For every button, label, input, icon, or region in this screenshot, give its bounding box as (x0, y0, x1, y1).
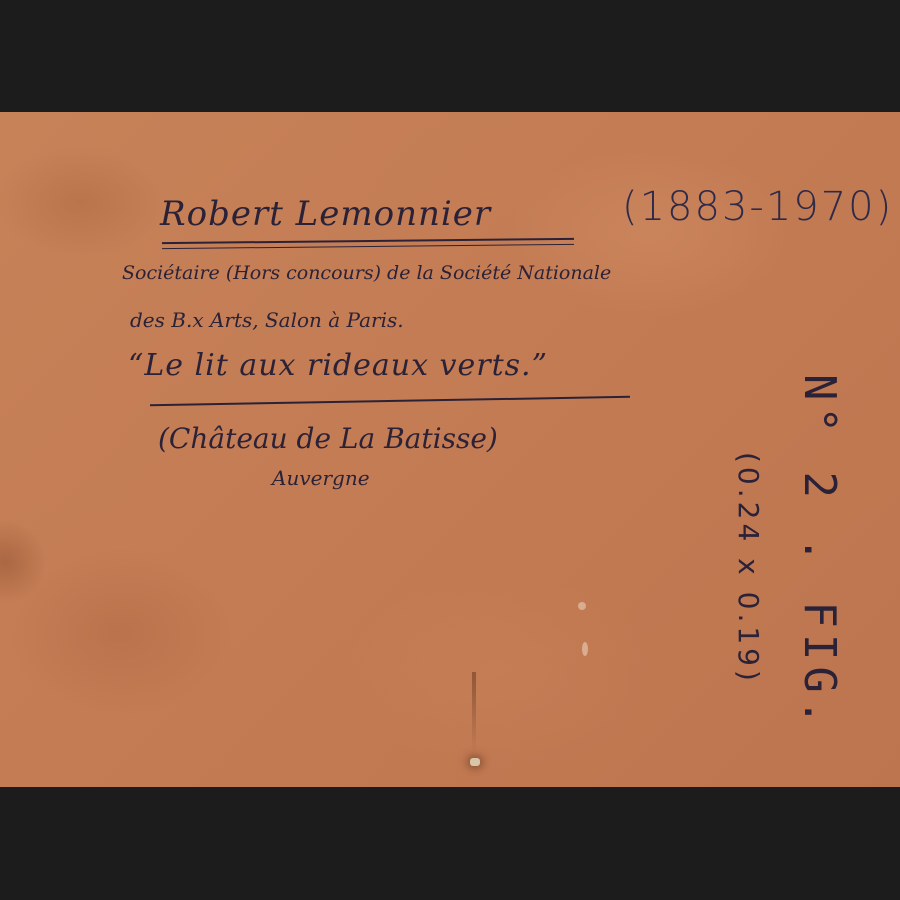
underline-artist (162, 238, 574, 249)
underline-title (150, 396, 630, 406)
paper-spot (578, 602, 586, 610)
catalog-number-stamp: N° 2 . FIG. (794, 374, 845, 731)
paper-spot (582, 642, 588, 656)
location-line-1: (Château de La Batisse) (158, 422, 498, 455)
location-line-2: Auvergne (272, 466, 370, 490)
painting-panel-back: Robert Lemonnier (1883-1970) Sociétaire … (0, 112, 900, 787)
society-line-1: Sociétaire (Hors concours) de la Société… (122, 262, 611, 284)
artist-name: Robert Lemonnier (160, 194, 491, 234)
dimensions-note: (0.24 x 0.19) (732, 452, 765, 685)
wood-crack (472, 672, 476, 752)
nail-hole (470, 758, 480, 766)
artist-dates: (1883-1970) (622, 184, 893, 230)
society-line-2: des B.x Arts, Salon à Paris. (130, 308, 404, 332)
painting-title: “Le lit aux rideaux verts.” (128, 348, 548, 383)
